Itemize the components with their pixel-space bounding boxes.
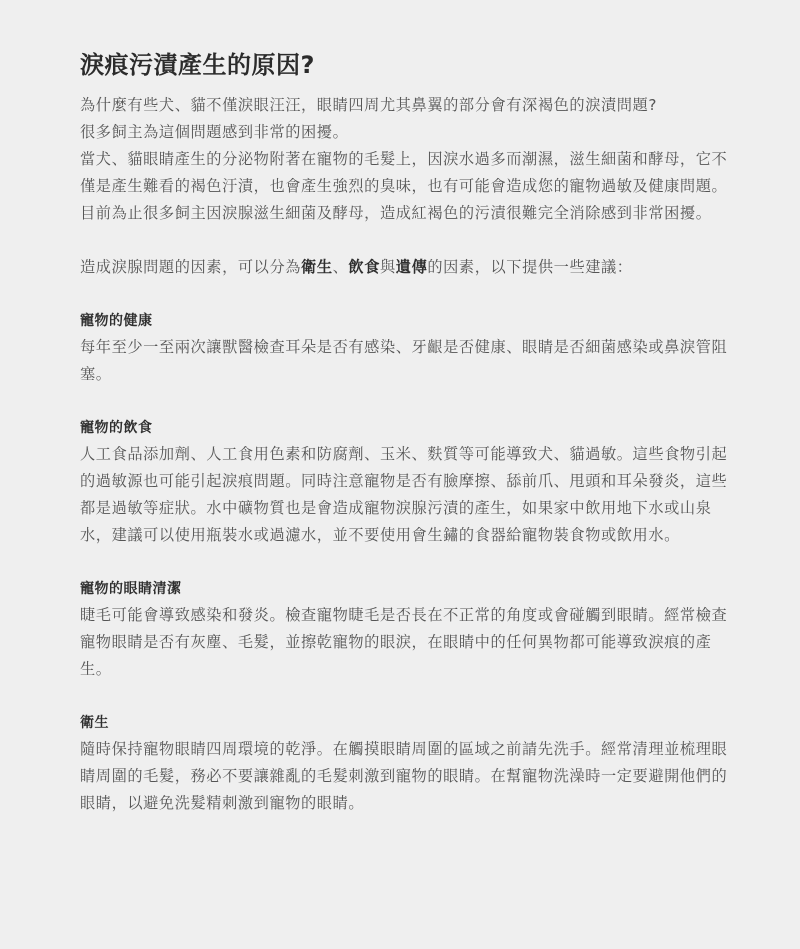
section-heading: 寵物的飲食	[80, 415, 728, 441]
section-diet: 寵物的飲食 人工食品添加劑、人工食用色素和防腐劑、玉米、麩質等可能導致犬、貓過敏…	[80, 415, 728, 549]
section-body: 隨時保持寵物眼睛四周環境的乾淨。在觸摸眼睛周圍的區域之前請先洗手。經常清理並梳理…	[80, 736, 728, 817]
section-body: 人工食品添加劑、人工食用色素和防腐劑、玉米、麩質等可能導致犬、貓過敏。這些食物引…	[80, 441, 728, 549]
article: 淚痕污漬產生的原因? 為什麼有些犬、貓不僅淚眼汪汪，眼睛四周尤其鼻翼的部分會有深…	[80, 50, 728, 817]
section-heading: 寵物的健康	[80, 308, 728, 334]
intro-question: 為什麼有些犬、貓不僅淚眼汪汪，眼睛四周尤其鼻翼的部分會有深褐色的淚漬問題?	[80, 92, 728, 119]
factors-separator: 、	[333, 258, 349, 276]
factor-genetics: 遺傳	[396, 258, 428, 276]
factors-prefix: 造成淚腺問題的因素，可以分為	[80, 258, 301, 276]
section-heading: 寵物的眼睛清潔	[80, 576, 728, 602]
section-hygiene: 衛生 隨時保持寵物眼睛四周環境的乾淨。在觸摸眼睛周圍的區域之前請先洗手。經常清理…	[80, 710, 728, 817]
section-body: 睫毛可能會導致感染和發炎。檢查寵物睫毛是否長在不正常的角度或會碰觸到眼睛。經常檢…	[80, 602, 728, 683]
section-heading: 衛生	[80, 710, 728, 736]
section-eye-cleaning: 寵物的眼睛清潔 睫毛可能會導致感染和發炎。檢查寵物睫毛是否長在不正常的角度或會碰…	[80, 576, 728, 683]
section-body: 每年至少一至兩次讓獸醫檢查耳朵是否有感染、牙齦是否健康、眼睛是否細菌感染或鼻淚管…	[80, 334, 728, 388]
factors-paragraph: 造成淚腺問題的因素，可以分為衛生、飲食與遺傳的因素，以下提供一些建議：	[80, 254, 728, 281]
factors-suffix: 的因素，以下提供一些建議：	[427, 258, 632, 276]
factor-diet: 飲食	[348, 258, 380, 276]
factors-conjunction: 與	[380, 258, 396, 276]
section-health: 寵物的健康 每年至少一至兩次讓獸醫檢查耳朵是否有感染、牙齦是否健康、眼睛是否細菌…	[80, 308, 728, 388]
intro-concern: 很多飼主為這個問題感到非常的困擾。	[80, 119, 728, 146]
intro-explanation: 當犬、貓眼睛產生的分泌物附著在寵物的毛髮上，因淚水過多而潮濕，滋生細菌和酵母，它…	[80, 146, 728, 227]
factor-hygiene: 衛生	[301, 258, 333, 276]
article-title: 淚痕污漬產生的原因?	[80, 50, 728, 80]
